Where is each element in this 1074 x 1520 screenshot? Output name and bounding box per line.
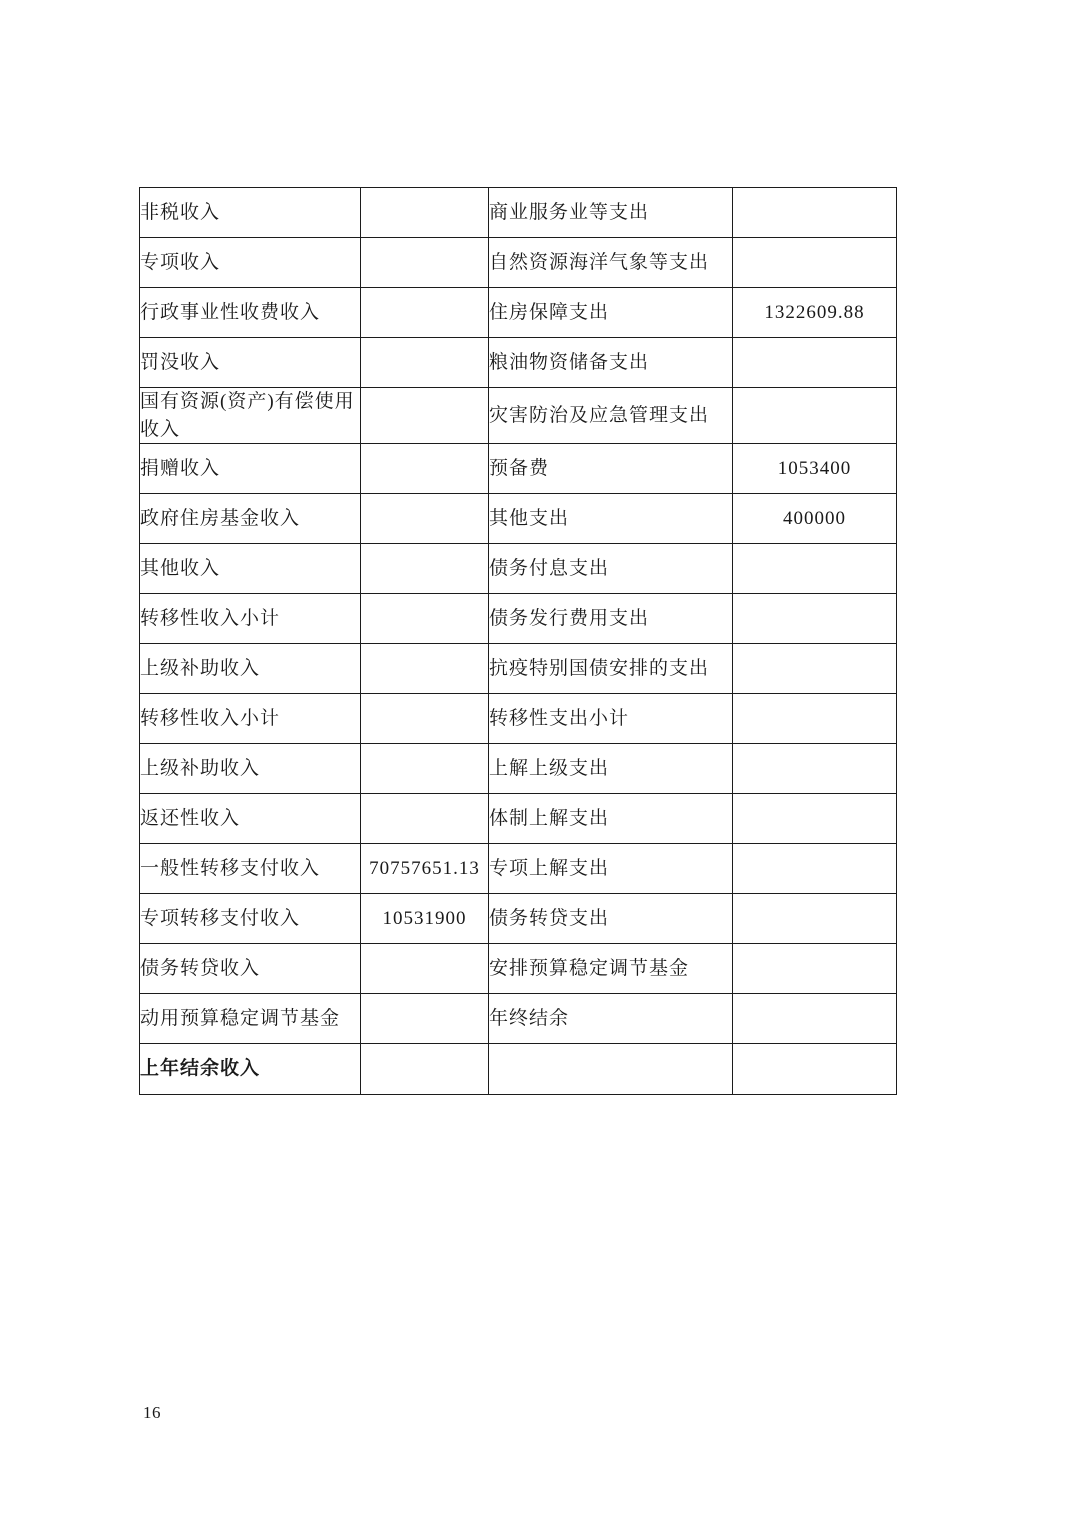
expense-amount-cell — [733, 744, 897, 794]
table-row: 上年结余收入 — [140, 1044, 897, 1095]
expense-amount-cell — [733, 594, 897, 644]
table-row: 一般性转移支付收入70757651.13专项上解支出 — [140, 844, 897, 894]
expense-amount-cell — [733, 1044, 897, 1095]
expense-item-cell: 债务转贷支出 — [489, 894, 733, 944]
income-amount-cell — [361, 994, 489, 1044]
expense-item-cell: 粮油物资储备支出 — [489, 338, 733, 388]
table-row: 国有资源(资产)有偿使用收入灾害防治及应急管理支出 — [140, 388, 897, 444]
income-amount-cell — [361, 544, 489, 594]
income-amount-cell — [361, 944, 489, 994]
expense-amount-cell — [733, 388, 897, 444]
income-amount-cell — [361, 288, 489, 338]
expense-item-cell: 债务发行费用支出 — [489, 594, 733, 644]
table-row: 上级补助收入上解上级支出 — [140, 744, 897, 794]
expense-item-cell: 其他支出 — [489, 494, 733, 544]
table-row: 专项收入自然资源海洋气象等支出 — [140, 238, 897, 288]
income-amount-cell — [361, 794, 489, 844]
income-item-cell: 行政事业性收费收入 — [140, 288, 361, 338]
income-item-cell: 政府住房基金收入 — [140, 494, 361, 544]
table-row: 上级补助收入抗疫特别国债安排的支出 — [140, 644, 897, 694]
expense-amount-cell — [733, 944, 897, 994]
expense-item-cell: 转移性支出小计 — [489, 694, 733, 744]
income-amount-cell — [361, 694, 489, 744]
income-amount-cell — [361, 494, 489, 544]
income-amount-cell — [361, 188, 489, 238]
expense-amount-cell — [733, 894, 897, 944]
income-item-cell: 动用预算稳定调节基金 — [140, 994, 361, 1044]
income-amount-cell — [361, 238, 489, 288]
budget-table: 非税收入商业服务业等支出专项收入自然资源海洋气象等支出行政事业性收费收入住房保障… — [139, 187, 897, 1095]
expense-amount-cell — [733, 238, 897, 288]
expense-item-cell: 上解上级支出 — [489, 744, 733, 794]
expense-item-cell: 商业服务业等支出 — [489, 188, 733, 238]
income-item-cell: 专项收入 — [140, 238, 361, 288]
income-amount-cell — [361, 444, 489, 494]
expense-item-cell: 预备费 — [489, 444, 733, 494]
expense-amount-cell — [733, 544, 897, 594]
expense-item-cell: 年终结余 — [489, 994, 733, 1044]
income-amount-cell — [361, 644, 489, 694]
table-row: 行政事业性收费收入住房保障支出1322609.88 — [140, 288, 897, 338]
expense-amount-cell — [733, 338, 897, 388]
document-page: 非税收入商业服务业等支出专项收入自然资源海洋气象等支出行政事业性收费收入住房保障… — [0, 0, 1074, 1520]
table-row: 政府住房基金收入其他支出400000 — [140, 494, 897, 544]
income-amount-cell: 70757651.13 — [361, 844, 489, 894]
expense-item-cell: 专项上解支出 — [489, 844, 733, 894]
budget-table-body: 非税收入商业服务业等支出专项收入自然资源海洋气象等支出行政事业性收费收入住房保障… — [140, 188, 897, 1095]
expense-amount-cell: 1322609.88 — [733, 288, 897, 338]
table-row: 转移性收入小计债务发行费用支出 — [140, 594, 897, 644]
income-item-cell: 上年结余收入 — [140, 1044, 361, 1095]
table-row: 返还性收入体制上解支出 — [140, 794, 897, 844]
table-row: 非税收入商业服务业等支出 — [140, 188, 897, 238]
income-item-cell: 转移性收入小计 — [140, 594, 361, 644]
income-item-cell: 罚没收入 — [140, 338, 361, 388]
expense-amount-cell — [733, 644, 897, 694]
income-amount-cell: 10531900 — [361, 894, 489, 944]
expense-item-cell: 灾害防治及应急管理支出 — [489, 388, 733, 444]
income-item-cell: 上级补助收入 — [140, 744, 361, 794]
income-amount-cell — [361, 744, 489, 794]
income-amount-cell — [361, 338, 489, 388]
income-item-cell: 转移性收入小计 — [140, 694, 361, 744]
income-item-cell: 一般性转移支付收入 — [140, 844, 361, 894]
income-item-cell: 专项转移支付收入 — [140, 894, 361, 944]
income-item-cell: 上级补助收入 — [140, 644, 361, 694]
table-row: 捐赠收入预备费1053400 — [140, 444, 897, 494]
expense-amount-cell: 400000 — [733, 494, 897, 544]
expense-item-cell: 自然资源海洋气象等支出 — [489, 238, 733, 288]
income-item-cell: 其他收入 — [140, 544, 361, 594]
page-number: 16 — [143, 1403, 161, 1423]
table-row: 其他收入债务付息支出 — [140, 544, 897, 594]
income-amount-cell — [361, 388, 489, 444]
table-row: 转移性收入小计转移性支出小计 — [140, 694, 897, 744]
expense-item-cell — [489, 1044, 733, 1095]
expense-amount-cell — [733, 794, 897, 844]
income-item-cell: 债务转贷收入 — [140, 944, 361, 994]
expense-amount-cell — [733, 844, 897, 894]
income-item-cell: 国有资源(资产)有偿使用收入 — [140, 388, 361, 444]
income-item-cell: 返还性收入 — [140, 794, 361, 844]
table-row: 债务转贷收入安排预算稳定调节基金 — [140, 944, 897, 994]
expense-item-cell: 体制上解支出 — [489, 794, 733, 844]
income-item-cell: 非税收入 — [140, 188, 361, 238]
income-amount-cell — [361, 594, 489, 644]
expense-amount-cell — [733, 188, 897, 238]
table-row: 动用预算稳定调节基金年终结余 — [140, 994, 897, 1044]
expense-amount-cell: 1053400 — [733, 444, 897, 494]
expense-amount-cell — [733, 694, 897, 744]
table-row: 罚没收入粮油物资储备支出 — [140, 338, 897, 388]
expense-item-cell: 债务付息支出 — [489, 544, 733, 594]
table-row: 专项转移支付收入10531900债务转贷支出 — [140, 894, 897, 944]
expense-item-cell: 抗疫特别国债安排的支出 — [489, 644, 733, 694]
income-item-cell: 捐赠收入 — [140, 444, 361, 494]
expense-amount-cell — [733, 994, 897, 1044]
expense-item-cell: 安排预算稳定调节基金 — [489, 944, 733, 994]
expense-item-cell: 住房保障支出 — [489, 288, 733, 338]
income-amount-cell — [361, 1044, 489, 1095]
